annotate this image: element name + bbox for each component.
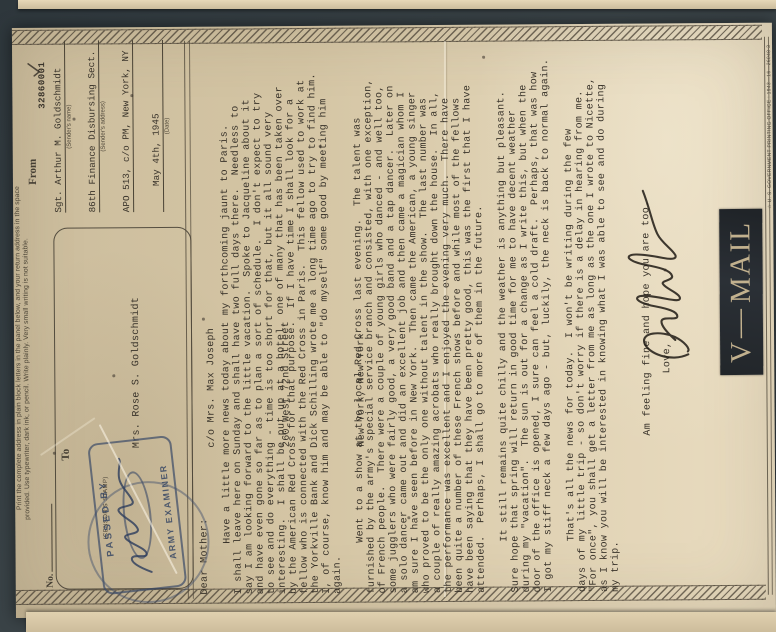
- paragraph: It still remains quite chilly and the we…: [496, 59, 555, 593]
- paper-speck: [664, 269, 667, 272]
- censor-stamp: PASSED BY ARMY EXAMINER: [89, 417, 190, 618]
- letter-date: May 4th, 1945: [150, 40, 162, 186]
- adjacent-sheet-edge-bottom: [26, 612, 776, 632]
- letter-body: Dear Mother: Have a little more news tod…: [196, 58, 675, 595]
- form-instructions: Print the complete address in plain bloc…: [13, 42, 32, 520]
- from-label: From: [27, 159, 39, 185]
- paragraph: That's all the news for today. I won't b…: [563, 58, 622, 592]
- banner-v: V: [725, 340, 758, 363]
- paper-speck: [319, 145, 322, 148]
- sender-name-line: Sgt. Arthur M. Goldschmidt (Sender's nam…: [52, 41, 73, 213]
- letter-paragraphs: Have a little more news today about my f…: [219, 58, 622, 594]
- banner-dash: —: [723, 307, 756, 338]
- date-line: May 4th, 1945 (Date): [150, 40, 171, 212]
- paper-speck: [130, 95, 133, 98]
- number-label: No.: [46, 574, 56, 588]
- paper-speck: [407, 517, 410, 520]
- pen-check-mark: [26, 62, 41, 78]
- vmail-page: Print the complete address in plain bloc…: [12, 23, 776, 618]
- paper-speck: [73, 118, 76, 121]
- gpo-imprint: ☆ U. S. GOVERNMENT PRINTING OFFICE : 194…: [766, 45, 773, 209]
- sender-name-caption: (Sender's name): [65, 41, 72, 213]
- paper-speck: [482, 56, 485, 59]
- paper-speck: [202, 318, 205, 321]
- paper-speck: [112, 375, 115, 378]
- paragraph: Went to a show at the local Red Cross la…: [352, 59, 488, 593]
- sender-address-line: 86th Finance Disbursing Sect. (Sender's …: [86, 40, 107, 212]
- censor-stamp-box: PASSED BY ARMY EXAMINER: [87, 435, 187, 595]
- sender-address: 86th Finance Disbursing Sect.: [86, 40, 98, 212]
- number-field: No.: [43, 503, 56, 587]
- sender-apo-line: APO 513, c/o PM, New York, NY: [120, 40, 134, 212]
- number-blank-line: [43, 503, 52, 571]
- date-caption: (Date): [163, 40, 170, 212]
- sender-apo: APO 513, c/o PM, New York, NY: [120, 40, 132, 212]
- letter-line: I got my stiff neck a few days ago - but…: [540, 59, 555, 593]
- sender-name: Sgt. Arthur M. Goldschmidt: [52, 41, 64, 213]
- paper-speck: [53, 452, 56, 455]
- v-mail-banner: V — MAIL: [719, 209, 763, 375]
- sender-apo-rule: [132, 40, 134, 212]
- vmail-letter-scan: Print the complete address in plain bloc…: [0, 0, 776, 632]
- banner-mail: MAIL: [724, 221, 758, 303]
- to-label: To: [60, 449, 72, 461]
- sender-address-caption: (Sender's address): [99, 40, 106, 212]
- paragraph: Have a little more news today about my f…: [219, 60, 344, 594]
- letter-line: attended. Perhaps, I shall go to more of…: [473, 59, 488, 593]
- adjacent-sheet-edge-top: [18, 0, 776, 9]
